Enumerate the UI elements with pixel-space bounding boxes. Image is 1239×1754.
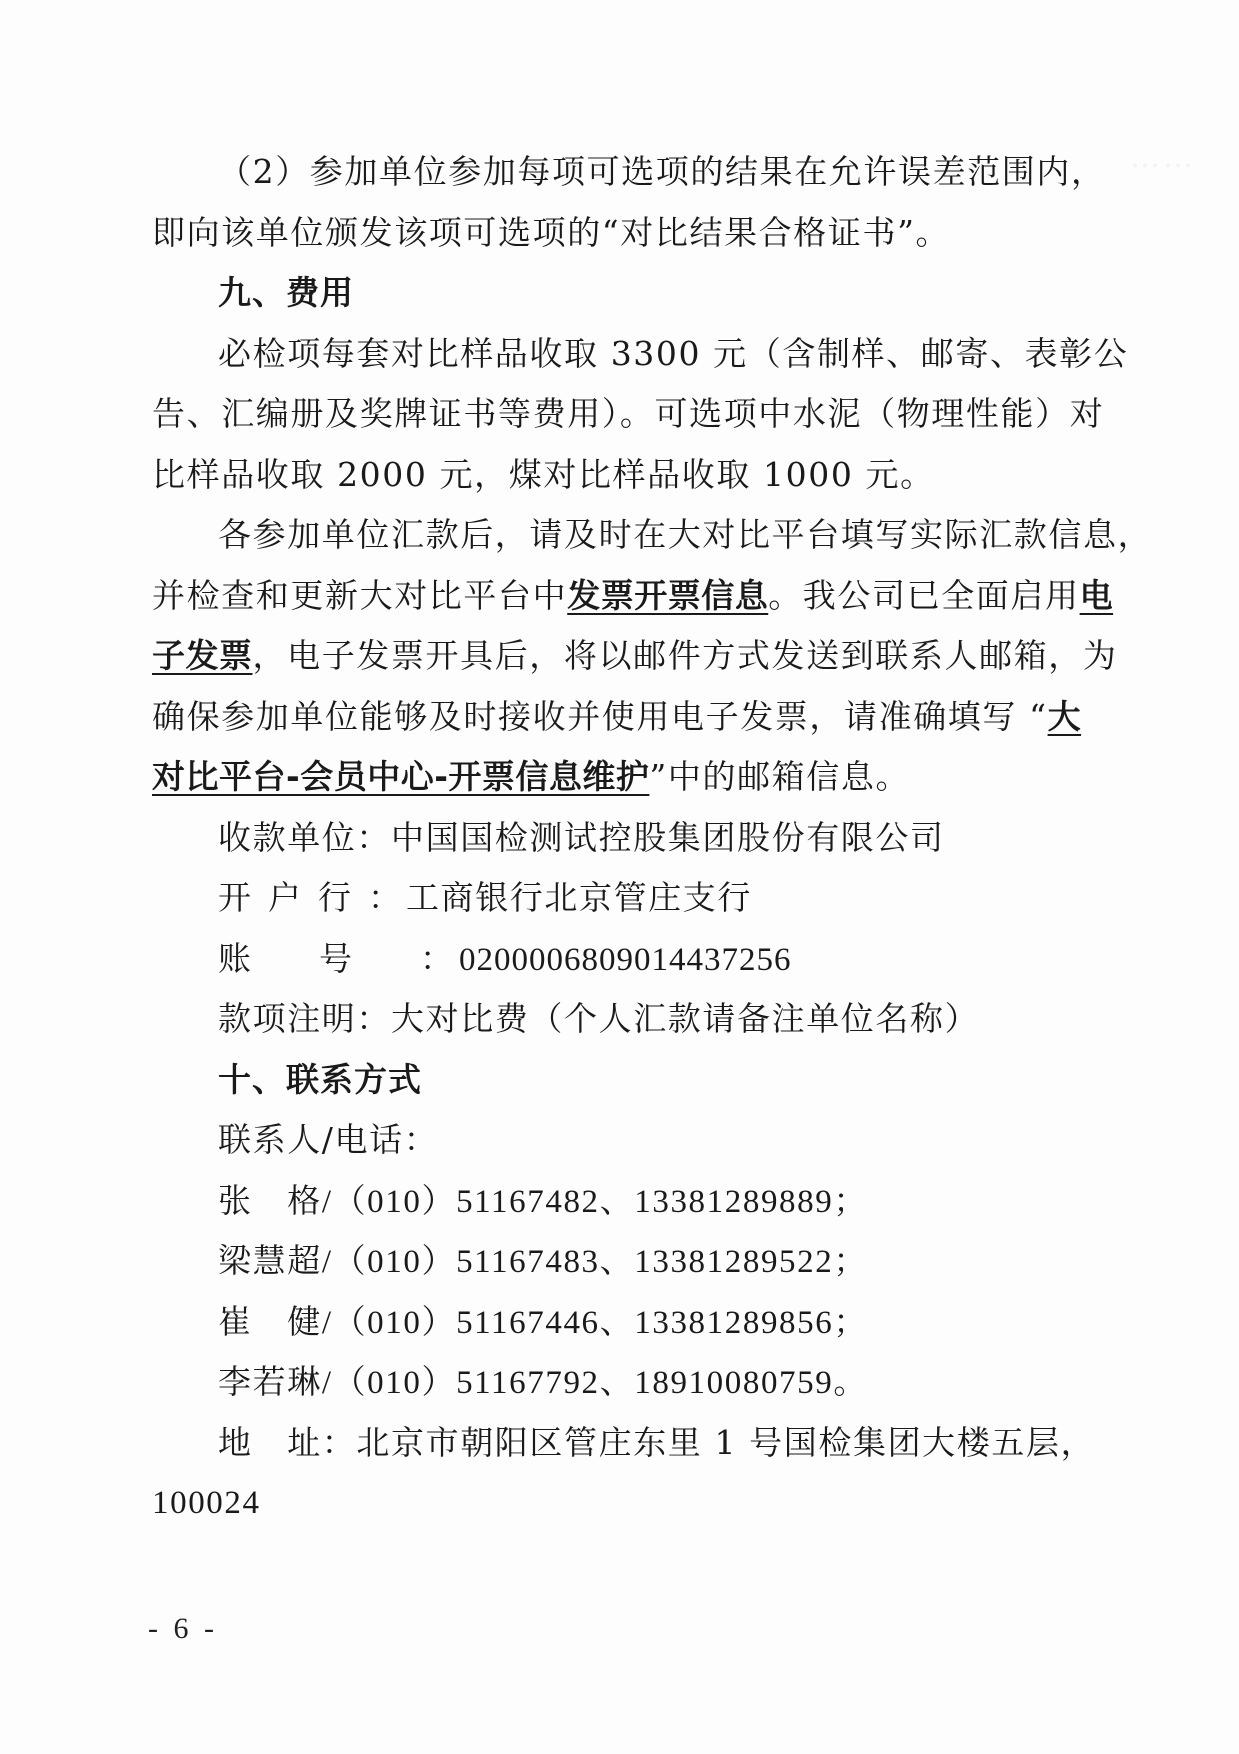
contact-row: 崔 健/（010）51167446、13381289856； — [152, 1292, 1102, 1353]
bank-account-row: 账号：0200006809014437256 — [152, 929, 1102, 990]
show-through-text: …… — [1130, 140, 1196, 175]
fee-line: 必检项每套对比样品收取 3300 元（含制样、邮寄、表彰公 — [152, 324, 1102, 385]
contact-phone: /（010）51167483、13381289522； — [322, 1244, 868, 1280]
payee-label: 收款单位： — [218, 808, 391, 869]
section-heading-fees: 九、费用 — [152, 263, 1102, 324]
contacts-label: 联系人/电话： — [152, 1110, 1102, 1171]
e-invoice-emphasis: 电 — [1080, 576, 1114, 615]
section-heading-contacts: 十、联系方式 — [152, 1050, 1102, 1111]
remit-text: ”中的邮箱信息。 — [649, 757, 910, 796]
platform-path-emphasis: 大 — [1048, 697, 1082, 736]
fee-line: 比样品收取 2000 元，煤对比样品收取 1000 元。 — [152, 445, 1102, 506]
contact-row: 张 格/（010）51167482、13381289889； — [152, 1171, 1102, 1232]
page-number: - 6 - — [148, 1612, 218, 1646]
contact-row: 梁慧超/（010）51167483、13381289522； — [152, 1231, 1102, 1292]
postcode: 100024 — [152, 1473, 1102, 1534]
paragraph-line: 即向该单位颁发该项可选项的“对比结果合格证书”。 — [152, 203, 1102, 264]
bank-label: 开户行： — [218, 868, 418, 929]
remit-text: 。我公司已全面启用 — [768, 576, 1079, 615]
address-row: 地 址：北京市朝阳区管庄东里 1 号国检集团大楼五层， — [152, 1413, 1102, 1474]
bank-value: 工商银行北京管庄支行 — [406, 878, 752, 917]
contact-name: 李若琳 — [218, 1362, 322, 1401]
remit-line: 对比平台-会员中心-开票信息维护”中的邮箱信息。 — [152, 747, 1102, 808]
remit-text: 确保参加单位能够及时接收并使用电子发票，请准确填写 “ — [152, 697, 1048, 736]
contact-phone: /（010）51167446、13381289856； — [322, 1305, 868, 1341]
e-invoice-emphasis: 子发票 — [152, 636, 253, 675]
contact-phone: /（010）51167482、13381289889； — [322, 1184, 868, 1220]
account-value: 0200006809014437256 — [459, 942, 792, 978]
payee-value: 中国国检测试控股集团股份有限公司 — [391, 818, 945, 857]
bank-branch-row: 开户行：工商银行北京管庄支行 — [152, 868, 1102, 929]
invoice-info-emphasis: 发票开票信息 — [567, 576, 768, 615]
bank-memo-row: 款项注明：大对比费（个人汇款请备注单位名称） — [152, 989, 1102, 1050]
memo-label: 款项注明： — [218, 989, 391, 1050]
address-label: 地 址： — [218, 1413, 356, 1474]
bank-payee-row: 收款单位：中国国检测试控股集团股份有限公司 — [152, 808, 1102, 869]
contact-phone: /（010）51167792、18910080759。 — [322, 1365, 868, 1401]
remit-line: 确保参加单位能够及时接收并使用电子发票，请准确填写 “大 — [152, 687, 1102, 748]
contact-name: 张 格 — [218, 1181, 322, 1220]
remit-line: 各参加单位汇款后，请及时在大对比平台填写实际汇款信息， — [152, 505, 1102, 566]
remit-line: 子发票，电子发票开具后，将以邮件方式发送到联系人邮箱，为 — [152, 626, 1102, 687]
document-page: （2）参加单位参加每项可选项的结果在允许误差范围内， 即向该单位颁发该项可选项的… — [152, 142, 1102, 1534]
contact-row: 李若琳/（010）51167792、18910080759。 — [152, 1352, 1102, 1413]
contact-name: 梁慧超 — [218, 1241, 322, 1280]
platform-path-emphasis: 对比平台-会员中心-开票信息维护 — [152, 757, 649, 796]
contact-name: 崔 健 — [218, 1302, 322, 1341]
remit-line: 并检查和更新大对比平台中发票开票信息。我公司已全面启用电 — [152, 566, 1102, 627]
remit-text: ，电子发票开具后，将以邮件方式发送到联系人邮箱，为 — [253, 636, 1118, 675]
remit-text: 并检查和更新大对比平台中 — [152, 576, 567, 615]
address-value: 北京市朝阳区管庄东里 1 号国检集团大楼五层， — [356, 1423, 1095, 1462]
memo-value: 大对比费（个人汇款请备注单位名称） — [391, 999, 979, 1038]
paragraph-line: （2）参加单位参加每项可选项的结果在允许误差范围内， — [152, 142, 1102, 203]
fee-line: 告、汇编册及奖牌证书等费用）。可选项中水泥（物理性能）对 — [152, 384, 1102, 445]
